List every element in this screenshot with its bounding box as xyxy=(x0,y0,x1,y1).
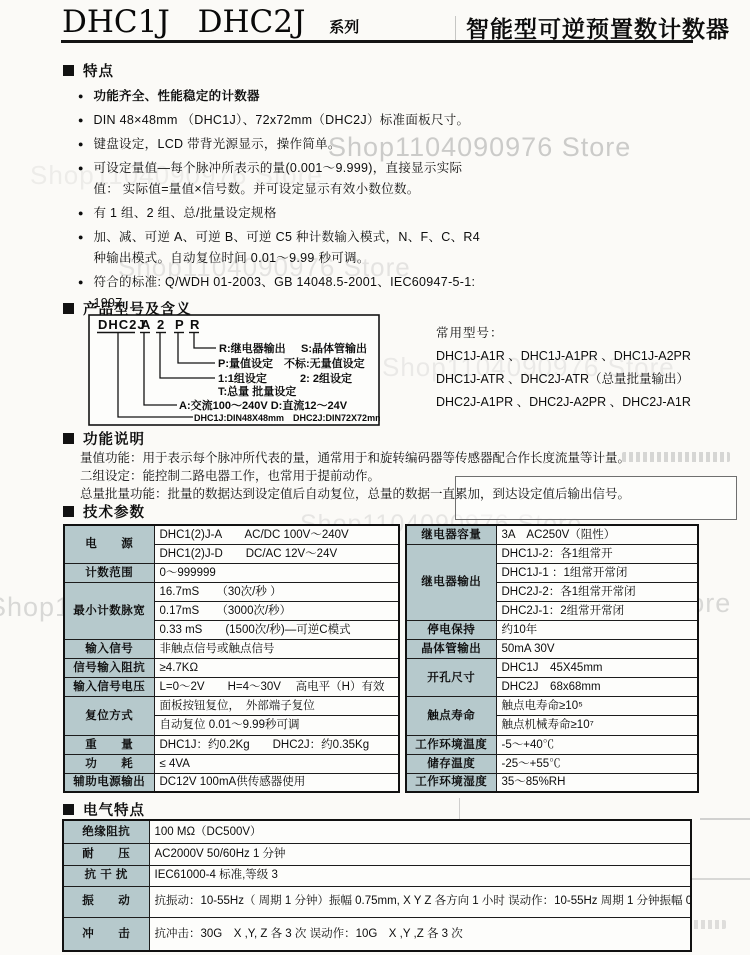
spec-label-cell: 最小计数脉宽 xyxy=(64,582,154,639)
table-row: 储存温度 -25～+55℃ xyxy=(406,754,698,773)
table-row: 抗 干 扰 IEC61000-4 标准,等级 3 xyxy=(63,865,691,886)
dot-bullet-icon: ● xyxy=(78,86,83,107)
spec-label-cell: 信号输入阻抗 xyxy=(64,659,154,678)
legend-power-supply: A:交流100～240V D:直流12～24V xyxy=(179,398,348,412)
spec-label-cell: 储存温度 xyxy=(406,754,496,773)
feature-list: ● 功能齐全、性能稳定的计数器 ● DIN 48×48mm （DHC1J）、72… xyxy=(78,86,698,317)
spec-label-cell: 冲 击 xyxy=(63,917,149,951)
table-row: 开孔尺寸 DHC1J 45X45mm xyxy=(406,659,698,678)
table-row: 继电器容量 3A AC250V（阻性） xyxy=(406,525,698,544)
common-models-line: DHC2J-A1PR 、DHC2J-A2PR 、DHC2J-A1R xyxy=(436,391,691,414)
common-models-line: DHC1J-ATR 、DHC2J-ATR（总量批量输出） xyxy=(436,368,691,391)
spec-value-cell: 0.17mS （3000次/秒） xyxy=(154,601,399,620)
spec-value-cell: 3A AC250V（阻性） xyxy=(496,525,698,544)
feature-text: 功能齐全、性能稳定的计数器 xyxy=(93,86,259,107)
spec-value-cell: 非触点信号或触点信号 xyxy=(154,640,399,659)
spec-label-cell: 输入信号 xyxy=(64,640,154,659)
table-row: 计数范围 0～999999 xyxy=(64,563,399,582)
section-heading-label: 特点 xyxy=(83,60,114,81)
function-line: 总量批量功能：批量的数据达到设定值后自动复位，总量的数据一直累加，到达设定值后输… xyxy=(80,485,740,503)
section-heading-function: 功能说明 xyxy=(63,428,145,449)
table-row: 继电器输出 DHC1J-2：各1组常开 xyxy=(406,544,698,563)
legend-group1: 1:1组设定 xyxy=(218,371,267,385)
list-item: ● 可设定量值—每个脉冲所表示的量(0.001～9.999)，直接显示实际 值：… xyxy=(78,158,698,200)
scan-artifact xyxy=(455,16,456,42)
spec-value-cell: 35～85%RH xyxy=(496,773,698,792)
spec-value-cell: DC12V 100mA供传感器使用 xyxy=(154,773,399,792)
spec-value-cell: DHC1(2)J-D DC/AC 12V～24V xyxy=(154,544,399,563)
function-line: 量值功能：用于表示每个脉冲所代表的量，通常用于和旋转编码器等传感器配合作长度流量… xyxy=(80,449,740,467)
table-row: 冲 击 抗冲击：30G X ,Y, Z 各 3 次 误动作：10G X ,Y ,… xyxy=(63,917,691,951)
spec-value-cell: 0.33 mS (1500次/秒)—可逆C模式 xyxy=(154,620,399,639)
table-row: 重 量 DHC1J：约0.2Kg DHC2J：约0.35Kg xyxy=(64,735,399,754)
section-heading-label: 技术参数 xyxy=(83,501,145,522)
table-row: 辅助电源输出 DC12V 100mA供传感器使用 xyxy=(64,773,399,792)
feature-text: 有 1 组、2 组、总/批量设定规格 xyxy=(93,203,276,224)
spec-label-cell: 耐 压 xyxy=(63,843,149,865)
model-name-dhc2j: DHC2J xyxy=(198,4,306,40)
tech-table-left: 电 源 DHC1(2)J-A AC/DC 100V～240V DHC1(2)J-… xyxy=(63,524,400,793)
common-models-title: 常用型号： xyxy=(436,322,691,345)
feature-text: 加、减、可逆 A、可逆 B、可逆 C5 种计数输入模式，N、F、C、R4 种输出… xyxy=(93,227,480,269)
legend-transistor-output: S:晶体管输出 xyxy=(301,341,367,355)
legend-total-batch: T:总量 批量设定 xyxy=(218,384,296,398)
dot-bullet-icon: ● xyxy=(78,203,83,224)
function-line: 二组设定：能控制二路电器工作，也常用于提前动作。 xyxy=(80,467,740,485)
spec-value-cell: ≥4.7KΩ xyxy=(154,659,399,678)
feature-text: 可设定量值—每个脉冲所表示的量(0.001～9.999)，直接显示实际 值： 实… xyxy=(93,158,462,200)
spec-label-cell: 晶体管输出 xyxy=(406,640,496,659)
legend-value-setting: P:量值设定 xyxy=(218,356,273,370)
section-heading-features: 特点 xyxy=(63,60,114,81)
common-models-line: DHC1J-A1R 、DHC1J-A1PR 、DHC1J-A2PR xyxy=(436,345,691,368)
table-row: 工作环境湿度 35～85%RH xyxy=(406,773,698,792)
spec-value-cell: ≤ 4VA xyxy=(154,754,399,773)
table-row: 电 源 DHC1(2)J-A AC/DC 100V～240V xyxy=(64,525,399,544)
function-description: 量值功能：用于表示每个脉冲所代表的量，通常用于和旋转编码器等传感器配合作长度流量… xyxy=(80,449,740,503)
list-item: ● 键盘设定，LCD 带背光源显示，操作简单。 xyxy=(78,134,698,155)
spec-value-cell: 16.7mS （30次/秒 ） xyxy=(154,582,399,601)
spec-value-cell: -5～+40℃ xyxy=(496,735,698,754)
dot-bullet-icon: ● xyxy=(78,227,83,269)
spec-value-cell: 0～999999 xyxy=(154,563,399,582)
spec-label-cell: 复位方式 xyxy=(64,697,154,735)
header-divider xyxy=(61,40,693,43)
spec-value-cell: DHC1J-2：各1组常开 xyxy=(496,544,698,563)
spec-label-cell: 继电器容量 xyxy=(406,525,496,544)
spec-label-cell: 继电器输出 xyxy=(406,544,496,620)
section-heading-tech: 技术参数 xyxy=(63,501,145,522)
table-row: 功 耗 ≤ 4VA xyxy=(64,754,399,773)
model-code-part: R xyxy=(190,317,200,332)
section-heading-label: 功能说明 xyxy=(83,428,145,449)
model-code-diagram: DHC2J A 2 P R R:继电器输出 S:晶体管输出 P:量值设定 不标:… xyxy=(88,314,380,426)
square-bullet-icon xyxy=(63,433,74,444)
spec-value-cell: 触点机械寿命≥10⁷ xyxy=(496,716,698,735)
list-item: ● DIN 48×48mm （DHC1J）、72x72mm（DHC2J）标准面板… xyxy=(78,110,698,131)
spec-label-cell: 工作环境湿度 xyxy=(406,773,496,792)
spec-value-cell: AC2000V 50/60Hz 1 分钟 xyxy=(149,843,691,865)
list-item: ● 功能齐全、性能稳定的计数器 xyxy=(78,86,698,107)
spec-value-cell: DHC1(2)J-A AC/DC 100V～240V xyxy=(154,525,399,544)
model-name-dhc1j: DHC1J xyxy=(62,4,170,40)
spec-label-cell: 计数范围 xyxy=(64,563,154,582)
model-code-base: DHC2J xyxy=(98,317,146,332)
spec-label-cell: 停电保持 xyxy=(406,620,496,639)
list-item: ● 加、减、可逆 A、可逆 B、可逆 C5 种计数输入模式，N、F、C、R4 种… xyxy=(78,227,698,269)
spec-value-cell: DHC2J 68x68mm xyxy=(496,678,698,697)
spec-label-cell: 输入信号电压 xyxy=(64,678,154,697)
square-bullet-icon xyxy=(63,303,74,314)
page-title: DHC1J DHC2J 系列 xyxy=(62,4,359,40)
table-row: 工作环境温度 -5～+40℃ xyxy=(406,735,698,754)
spec-label-cell: 功 耗 xyxy=(64,754,154,773)
scan-artifact xyxy=(700,818,750,820)
spec-label-cell: 触点寿命 xyxy=(406,697,496,735)
spec-label-cell: 电 源 xyxy=(64,525,154,563)
spec-value-cell: DHC1J：约0.2Kg DHC2J：约0.35Kg xyxy=(154,735,399,754)
table-row: 绝缘阻抗 100 MΩ（DC500V） xyxy=(63,820,691,843)
model-code-part: 2 xyxy=(157,317,165,332)
spec-value-cell: DHC1J 45X45mm xyxy=(496,659,698,678)
model-code-part: A xyxy=(141,317,151,332)
spec-value-cell: IEC61000-4 标准,等级 3 xyxy=(149,865,691,886)
spec-value-cell: 抗冲击：30G X ,Y, Z 各 3 次 误动作：10G X ,Y ,Z 各 … xyxy=(149,917,691,951)
spec-label-cell: 抗 干 扰 xyxy=(63,865,149,886)
spec-value-cell: DHC2J-1：2组常开常闭 xyxy=(496,601,698,620)
spec-value-cell: 50mA 30V xyxy=(496,640,698,659)
spec-label-cell: 工作环境温度 xyxy=(406,735,496,754)
tech-parameter-tables: 电 源 DHC1(2)J-A AC/DC 100V～240V DHC1(2)J-… xyxy=(63,524,699,793)
spec-value-cell: DHC2J-2：各1组常开常闭 xyxy=(496,582,698,601)
spec-value-cell: L=0～2V H=4～30V 高电平（H）有效 xyxy=(154,678,399,697)
feature-text: 键盘设定，LCD 带背光源显示，操作简单。 xyxy=(93,134,340,155)
dot-bullet-icon: ● xyxy=(78,110,83,131)
dot-bullet-icon: ● xyxy=(78,134,83,155)
electrical-table-wrap: 绝缘阻抗 100 MΩ（DC500V） 耐 压 AC2000V 50/60Hz … xyxy=(62,819,692,952)
table-row: 信号输入阻抗 ≥4.7KΩ xyxy=(64,659,399,678)
spec-label-cell: 辅助电源输出 xyxy=(64,773,154,792)
legend-no-value-setting: 不标:无量值设定 xyxy=(284,356,365,370)
section-heading-label: 电气特点 xyxy=(83,799,145,820)
feature-text: DIN 48×48mm （DHC1J）、72x72mm（DHC2J）标准面板尺寸… xyxy=(93,110,469,131)
spec-label-cell: 绝缘阻抗 xyxy=(63,820,149,843)
table-row: 耐 压 AC2000V 50/60Hz 1 分钟 xyxy=(63,843,691,865)
table-row: 复位方式 面板按钮复位， 外部端子复位 xyxy=(64,697,399,716)
table-row: 停电保持 约10年 xyxy=(406,620,698,639)
section-heading-electrical: 电气特点 xyxy=(63,799,145,820)
table-row: 触点寿命 触点电寿命≥10⁵ xyxy=(406,697,698,716)
spec-value-cell: -25～+55℃ xyxy=(496,754,698,773)
spec-value-cell: DHC1J-1 ：1组常开常闭 xyxy=(496,563,698,582)
square-bullet-icon xyxy=(63,506,74,517)
spec-value-cell: 抗振动：10-55Hz（ 周期 1 分钟）振幅 0.75mm, X Y Z 各方… xyxy=(149,886,691,917)
dot-bullet-icon: ● xyxy=(78,158,83,200)
spec-value-cell: 100 MΩ（DC500V） xyxy=(149,820,691,843)
spec-label-cell: 开孔尺寸 xyxy=(406,659,496,697)
square-bullet-icon xyxy=(63,65,74,76)
list-item: ● 有 1 组、2 组、总/批量设定规格 xyxy=(78,203,698,224)
table-row: 输入信号 非触点信号或触点信号 xyxy=(64,640,399,659)
legend-panel-size: DHC1J:DIN48X48mm DHC2J:DIN72X72mm xyxy=(194,413,380,423)
legend-relay-output: R:继电器输出 xyxy=(219,341,286,355)
spec-label-cell: 振 动 xyxy=(63,886,149,917)
series-label: 系列 xyxy=(329,19,359,36)
electrical-table: 绝缘阻抗 100 MΩ（DC500V） 耐 压 AC2000V 50/60Hz … xyxy=(62,819,692,952)
common-models-block: 常用型号： DHC1J-A1R 、DHC1J-A1PR 、DHC1J-A2PR … xyxy=(436,322,691,414)
spec-value-cell: 面板按钮复位， 外部端子复位 xyxy=(154,697,399,716)
legend-group2: 2: 2组设定 xyxy=(300,371,352,385)
spec-value-cell: 触点电寿命≥10⁵ xyxy=(496,697,698,716)
tech-table-right: 继电器容量 3A AC250V（阻性） 继电器输出 DHC1J-2：各1组常开 … xyxy=(405,524,699,793)
square-bullet-icon xyxy=(63,804,74,815)
model-code-part: P xyxy=(175,317,185,332)
table-row: 晶体管输出 50mA 30V xyxy=(406,640,698,659)
table-row: 振 动 抗振动：10-55Hz（ 周期 1 分钟）振幅 0.75mm, X Y … xyxy=(63,886,691,917)
table-row: 输入信号电压 L=0～2V H=4～30V 高电平（H）有效 xyxy=(64,678,399,697)
spec-value-cell: 约10年 xyxy=(496,620,698,639)
datasheet-page: Shop1104090976 Store Shop1104090976 Stor… xyxy=(0,0,750,955)
table-row: 最小计数脉宽 16.7mS （30次/秒 ） xyxy=(64,582,399,601)
spec-value-cell: 自动复位 0.01～9.99秒可调 xyxy=(154,716,399,735)
spec-label-cell: 重 量 xyxy=(64,735,154,754)
